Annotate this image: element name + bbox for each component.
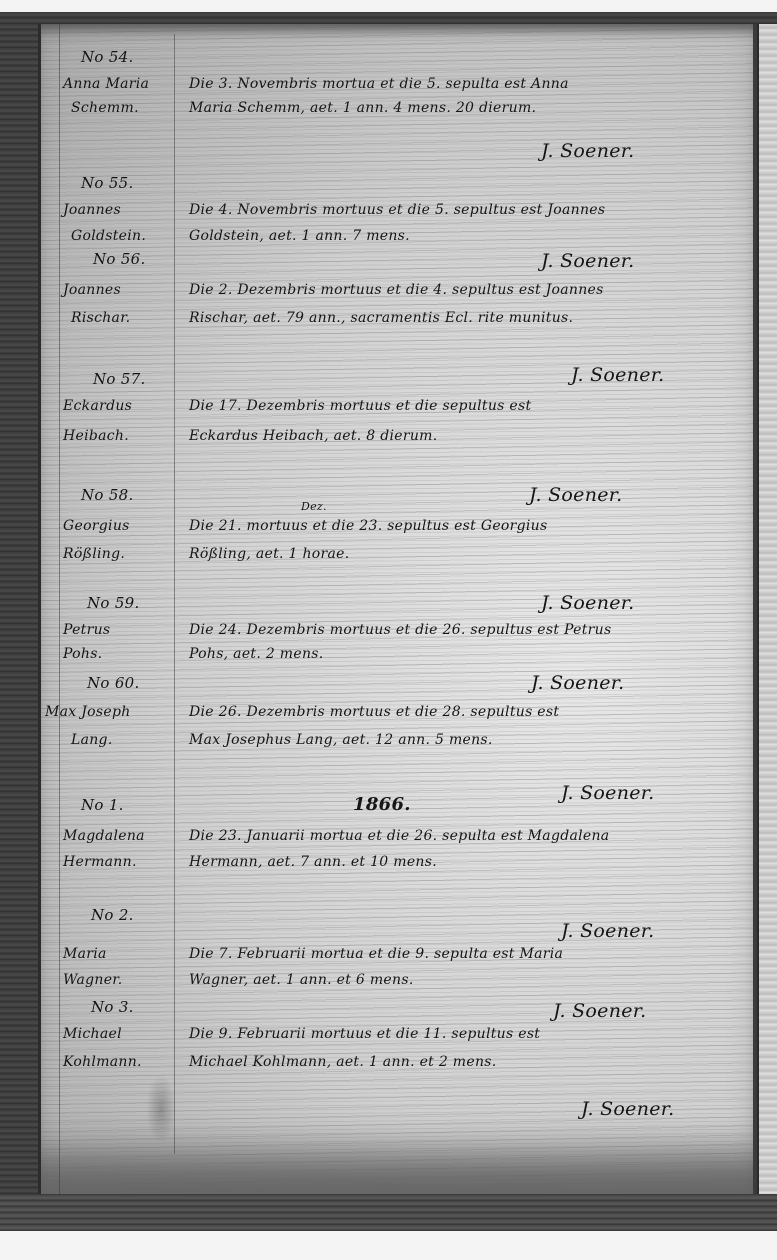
year-heading: 1866. <box>353 794 411 815</box>
entry-signature: J. Soener. <box>541 592 634 614</box>
entry-text-line1: Die 7. Februarii mortua et die 9. sepult… <box>189 946 563 962</box>
scan-bottom-edge <box>0 1195 777 1231</box>
entry-number: No 56. <box>93 250 146 268</box>
entry-signature: J. Soener. <box>541 140 634 162</box>
entry-surname: Kohlmann. <box>63 1054 175 1070</box>
entry-text-line2: Maria Schemm, aet. 1 ann. 4 mens. 20 die… <box>189 100 536 116</box>
entry-number: No 58. <box>81 486 134 504</box>
entry-surname: Hermann. <box>63 854 175 870</box>
facing-page-edge <box>754 24 777 1194</box>
entry-forename: Petrus <box>63 622 175 638</box>
entry-surname: Schemm. <box>71 100 183 116</box>
entry-surname: Goldstein. <box>71 228 183 244</box>
entry-number: No 60. <box>87 674 140 692</box>
entry-number: No 1. <box>81 796 124 814</box>
entry-signature: J. Soener. <box>571 364 664 386</box>
page-stain <box>146 1074 176 1144</box>
entry-surname: Wagner. <box>63 972 175 988</box>
entry-signature: J. Soener. <box>531 672 624 694</box>
entry-signature: J. Soener. <box>561 920 654 942</box>
entry-text-line1: Die 26. Dezembris mortuus et die 28. sep… <box>189 704 559 720</box>
entry-forename: Maria <box>63 946 175 962</box>
entry-signature: J. Soener. <box>553 1000 646 1022</box>
entry-forename: Anna Maria <box>63 76 175 92</box>
entry-signature: J. Soener. <box>561 782 654 804</box>
entry-text-line2: Hermann, aet. 7 ann. et 10 mens. <box>189 854 437 870</box>
entry-surname: Rößling. <box>63 546 175 562</box>
entry-signature: J. Soener. <box>541 250 634 272</box>
entry-text-insert: Dez. <box>301 500 327 513</box>
entry-number: No 2. <box>91 906 134 924</box>
entry-forename: Georgius <box>63 518 175 534</box>
entry-forename: Eckardus <box>63 398 175 414</box>
entry-surname: Rischar. <box>71 310 183 326</box>
entry-text-line2: Max Josephus Lang, aet. 12 ann. 5 mens. <box>189 732 493 748</box>
entry-text-line2: Rischar, aet. 79 ann., sacramentis Ecl. … <box>189 310 573 326</box>
entry-surname: Pohs. <box>63 646 175 662</box>
entry-number: No 54. <box>81 48 134 66</box>
entry-text-line2: Goldstein, aet. 1 ann. 7 mens. <box>189 228 410 244</box>
entry-text-line1: Die 4. Novembris mortuus et die 5. sepul… <box>189 202 605 218</box>
entry-signature: J. Soener. <box>581 1098 674 1120</box>
entry-text-line1: Die 23. Januarii mortua et die 26. sepul… <box>189 828 609 844</box>
entry-text-line2: Michael Kohlmann, aet. 1 ann. et 2 mens. <box>189 1054 497 1070</box>
entry-forename: Max Joseph <box>45 704 157 720</box>
entry-text-line2: Rößling, aet. 1 horae. <box>189 546 350 562</box>
register-page: No 54. Anna Maria Schemm. Die 3. Novembr… <box>38 24 757 1194</box>
entry-surname: Lang. <box>71 732 183 748</box>
entry-forename: Joannes <box>63 202 175 218</box>
entry-text-line2: Wagner, aet. 1 ann. et 6 mens. <box>189 972 414 988</box>
entry-text-line1: Die 24. Dezembris mortuus et die 26. sep… <box>189 622 611 638</box>
entry-number: No 3. <box>91 998 134 1016</box>
entry-text-line2: Pohs, aet. 2 mens. <box>189 646 324 662</box>
entry-signature: J. Soener. <box>529 484 622 506</box>
entry-text-line1: Die 21. mortuus et die 23. sepultus est … <box>189 518 547 534</box>
entry-surname: Heibach. <box>63 428 175 444</box>
entry-forename: Magdalena <box>63 828 175 844</box>
entry-forename: Michael <box>63 1026 175 1042</box>
entry-text-line1: Die 2. Dezembris mortuus et die 4. sepul… <box>189 282 604 298</box>
entry-number: No 57. <box>93 370 146 388</box>
entry-text-line1: Die 3. Novembris mortua et die 5. sepult… <box>189 76 569 92</box>
entry-number: No 55. <box>81 174 134 192</box>
entry-text-line1: Die 17. Dezembris mortuus et die sepultu… <box>189 398 531 414</box>
entry-text-line2: Eckardus Heibach, aet. 8 dierum. <box>189 428 438 444</box>
entry-number: No 59. <box>87 594 140 612</box>
entry-forename: Joannes <box>63 282 175 298</box>
entry-text-line1: Die 9. Februarii mortuus et die 11. sepu… <box>189 1026 540 1042</box>
